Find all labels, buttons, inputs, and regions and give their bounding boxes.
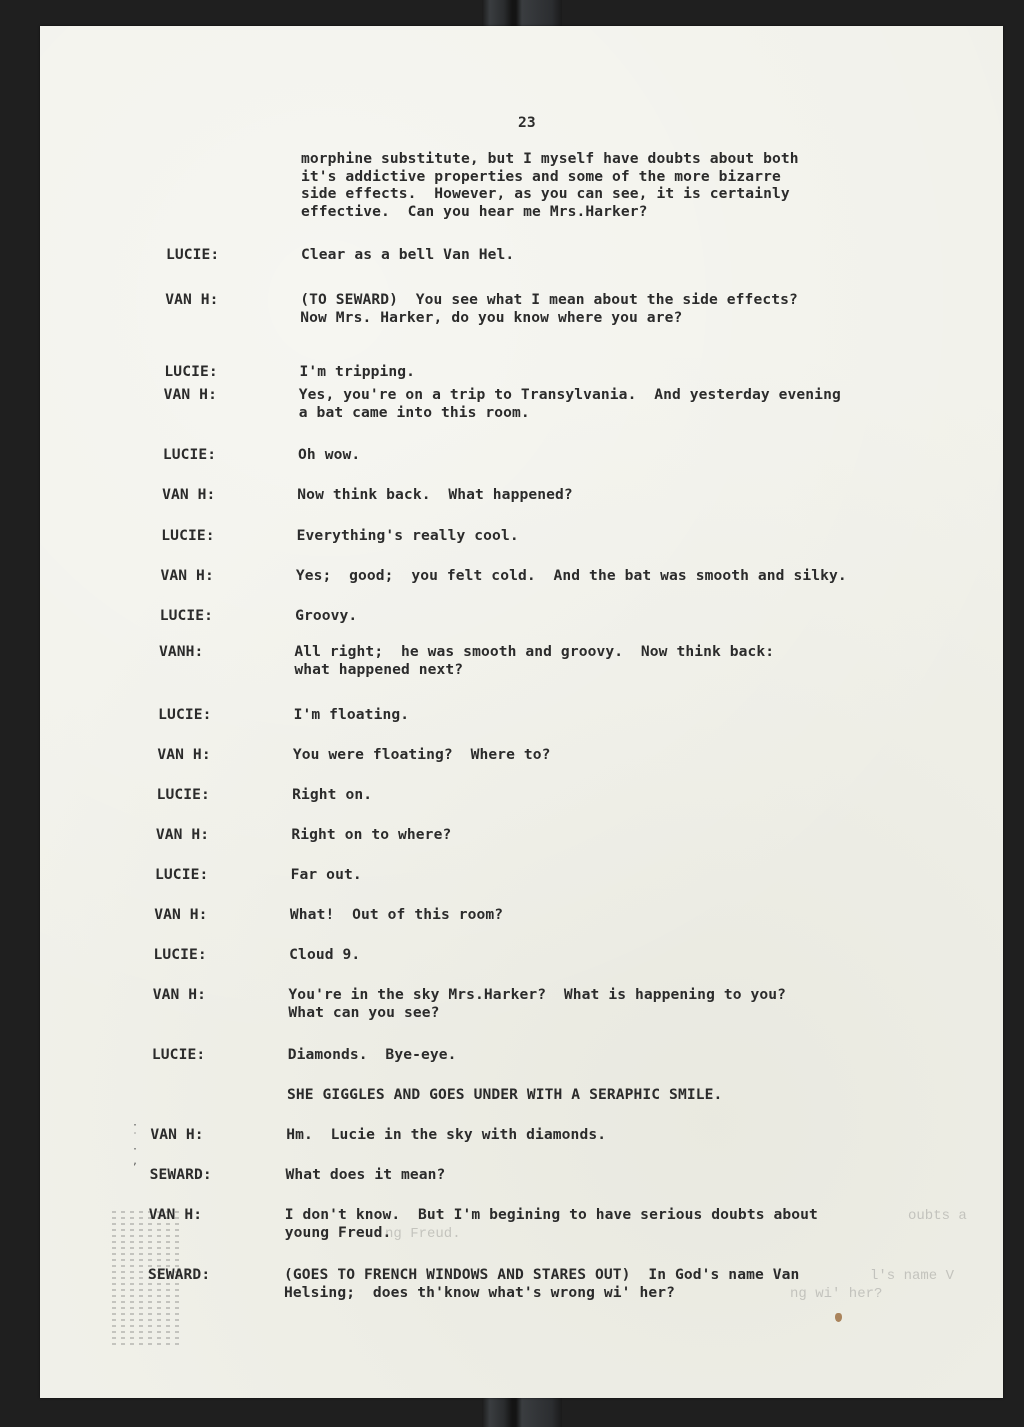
speaker-label: VAN H: (162, 486, 215, 504)
speaker-label: VAN H: (150, 1126, 203, 1144)
dialogue-line: I'm floating. (294, 706, 410, 724)
dialogue-line: Now think back. What happened? (297, 486, 572, 504)
dialogue-line: Right on to where? (291, 826, 451, 844)
dialogue-line: You were floating? Where to? (293, 746, 551, 764)
stage-direction: SHE GIGGLES AND GOES UNDER WITH A SERAPH… (287, 1086, 722, 1104)
dialogue-line: young Freud. (285, 1224, 392, 1242)
continuation-line: morphine substitute, but I myself have d… (301, 150, 799, 168)
dialogue-line: What does it mean? (285, 1166, 445, 1184)
ink-stain (835, 1313, 842, 1322)
dialogue-line: All right; he was smooth and groovy. Now… (294, 643, 774, 661)
show-through-text: ng Freud. (385, 1226, 461, 1242)
speaker-label: VAN H: (153, 986, 206, 1004)
typescript-page: 23 ·˙·, morphine substitute, but I mysel… (40, 26, 1003, 1398)
speaker-label: VANH: (159, 643, 203, 661)
speaker-label: LUCIE: (153, 946, 206, 964)
show-through-text: oubts a (908, 1208, 967, 1224)
show-through-text: l's name V (870, 1268, 954, 1284)
dialogue-line: I don't know. But I'm begining to have s… (285, 1206, 818, 1224)
dialogue-line: Right on. (292, 786, 372, 804)
dialogue-line: Diamonds. Bye-eye. (288, 1046, 457, 1064)
speaker-label: VAN H: (157, 746, 210, 764)
dialogue-line: What! Out of this room? (290, 906, 503, 924)
speaker-label: LUCIE: (152, 1046, 205, 1064)
speaker-label: LUCIE: (164, 363, 217, 381)
dialogue-line: Groovy. (295, 607, 357, 625)
speaker-label: LUCIE: (157, 786, 210, 804)
speaker-label: VAN H: (161, 567, 214, 585)
dialogue-line: You're in the sky Mrs.Harker? What is ha… (288, 986, 786, 1004)
dialogue-line: (GOES TO FRENCH WINDOWS AND STARES OUT) … (284, 1266, 799, 1284)
margin-specks: ·˙·, (132, 1120, 138, 1168)
speaker-label: LUCIE: (161, 527, 214, 545)
speaker-label: VAN H: (154, 906, 207, 924)
speaker-label: LUCIE: (158, 706, 211, 724)
dialogue-line: Everything's really cool. (297, 527, 519, 545)
speaker-label: SEWARD: (148, 1266, 210, 1284)
dialogue-line: Hm. Lucie in the sky with diamonds. (286, 1126, 606, 1144)
continuation-line: it's addictive properties and some of th… (301, 168, 781, 186)
dialogue-line: a bat came into this room. (299, 404, 530, 422)
speaker-label: VAN H: (149, 1206, 202, 1224)
dialogue-line: Clear as a bell Van Hel. (301, 246, 514, 264)
dialogue-line: (TO SEWARD) You see what I mean about th… (300, 291, 798, 309)
speaker-label: VAN H: (156, 826, 209, 844)
page-number: 23 (518, 114, 536, 132)
dialogue-line: Oh wow. (298, 446, 360, 464)
show-through-text: ng wi' her? (790, 1286, 882, 1302)
dialogue-line: Helsing; does th'know what's wrong wi' h… (284, 1284, 675, 1302)
dialogue-line: What can you see? (288, 1004, 439, 1022)
continuation-line: effective. Can you hear me Mrs.Harker? (301, 203, 648, 221)
speaker-label: LUCIE: (155, 866, 208, 884)
dialogue-line: Yes; good; you felt cold. And the bat wa… (296, 567, 847, 585)
continuation-line: side effects. However, as you can see, i… (301, 185, 790, 203)
speaker-label: VAN H: (164, 386, 217, 404)
speaker-label: LUCIE: (163, 446, 216, 464)
speaker-label: LUCIE: (160, 607, 213, 625)
speaker-label: VAN H: (165, 291, 218, 309)
dialogue-line: I'm tripping. (300, 363, 416, 381)
speaker-label: SEWARD: (150, 1166, 212, 1184)
dialogue-line: Yes, you're on a trip to Transylvania. A… (299, 386, 841, 404)
dialogue-line: what happened next? (294, 661, 463, 679)
dialogue-line: Far out. (291, 866, 362, 884)
speaker-label: LUCIE: (166, 246, 219, 264)
dialogue-line: Now Mrs. Harker, do you know where you a… (300, 309, 682, 327)
dialogue-line: Cloud 9. (289, 946, 360, 964)
